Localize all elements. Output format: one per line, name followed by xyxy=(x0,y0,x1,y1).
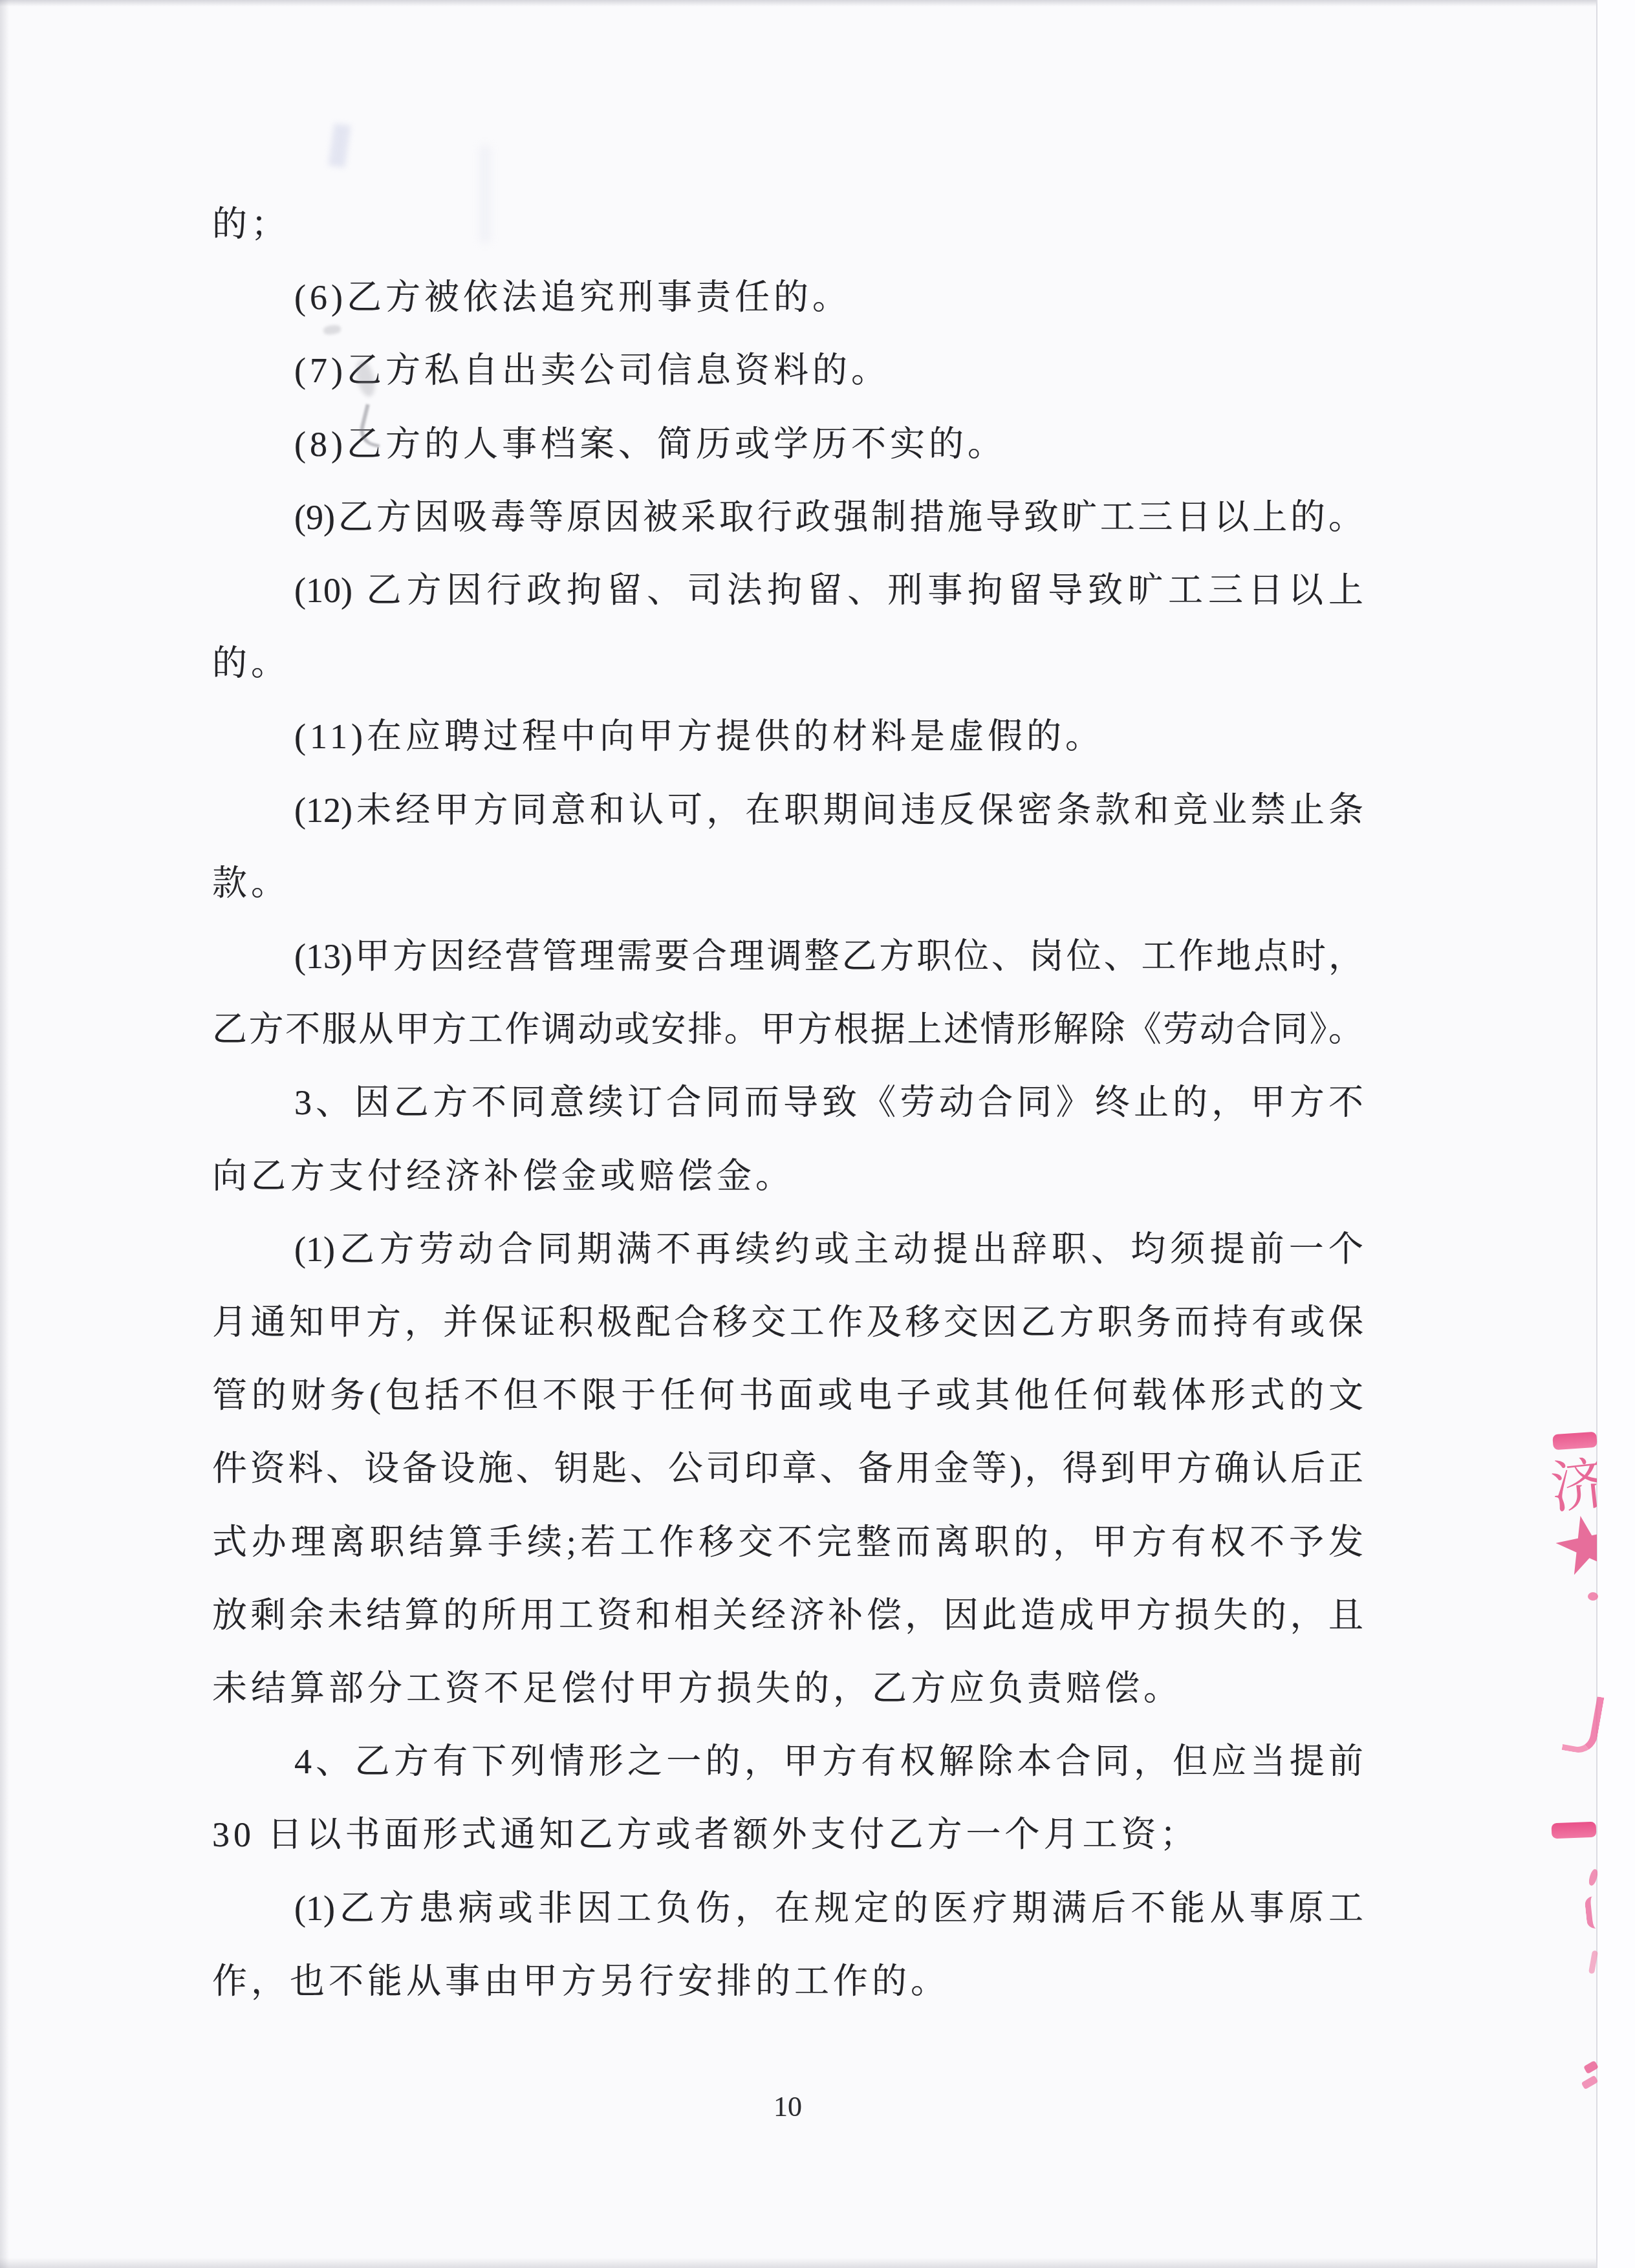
stamp-fragment-bar-top xyxy=(1552,1432,1597,1451)
text-line-16: 月通知甲方，并保证积极配合移交工作及移交因乙方职务而持有或保 xyxy=(212,1303,1363,1342)
scan-edge-left xyxy=(0,0,9,2268)
scan-smudge-1 xyxy=(329,124,351,168)
text-line-17: 管的财务(包括不但不限于任何书面或电子或其他任何载体形式的文 xyxy=(212,1376,1363,1415)
scan-margin-right xyxy=(1597,0,1635,2268)
text-line-15: (1)乙方劳动合同期满不再续约或主动提出辞职、均须提前一个 xyxy=(212,1230,1363,1269)
text-line-13: 3、因乙方不同意续订合同而导致《劳动合同》终止的，甲方不 xyxy=(212,1083,1363,1122)
page-number: 10 xyxy=(212,2090,1363,2123)
text-line-25: 作，也不能从事由甲方另行安排的工作的。 xyxy=(212,1962,1363,2001)
text-line-23: 30 日以书面形式通知乙方或者额外支付乙方一个月工资； xyxy=(212,1815,1363,1854)
scan-edge-top xyxy=(0,0,1635,6)
stamp-character-glyph: 济 xyxy=(1551,1458,1597,1517)
text-line-1: 的； xyxy=(212,205,1363,244)
stamp-star-glyph: ★ xyxy=(1550,1513,1597,1586)
text-line-9: (12)未经甲方同意和认可，在职期间违反保密条款和竞业禁止条 xyxy=(212,791,1363,830)
text-line-14: 向乙方支付经济补偿金或赔偿金。 xyxy=(212,1157,1363,1196)
text-line-11: (13)甲方因经营管理需要合理调整乙方职位、岗位、工作地点时， xyxy=(212,937,1363,976)
text-line-10: 款。 xyxy=(212,864,1363,903)
text-line-12: 乙方不服从甲方工作调动或安排。甲方根据上述情形解除《劳动合同》。 xyxy=(212,1010,1363,1049)
text-line-4: (8)乙方的人事档案、简历或学历不实的。 xyxy=(212,425,1363,464)
text-line-22: 4、乙方有下列情形之一的，甲方有权解除本合同，但应当提前 xyxy=(212,1742,1363,1781)
text-line-18: 件资料、设备设施、钥匙、公司印章、备用金等)，得到甲方确认后正 xyxy=(212,1449,1363,1488)
stamp-fragment-star: ★ xyxy=(1550,1513,1597,1586)
paper-right-edge xyxy=(1596,0,1597,2268)
text-line-24: (1)乙方患病或非因工负伤，在规定的医疗期满后不能从事原工 xyxy=(212,1889,1363,1928)
text-line-6: (10) 乙方因行政拘留、司法拘留、刑事拘留导致旷工三日以上 xyxy=(212,571,1363,610)
text-line-7: 的。 xyxy=(212,644,1363,683)
text-line-2: (6)乙方被依法追究刑事责任的。 xyxy=(212,278,1363,317)
scan-edge-bottom xyxy=(0,2258,1635,2268)
text-line-3: (7)乙方私自出卖公司信息资料的。 xyxy=(212,351,1363,390)
scanned-contract-page: 的；(6)乙方被依法追究刑事责任的。(7)乙方私自出卖公司信息资料的。(8)乙方… xyxy=(0,0,1635,2268)
stamp-fragment-character: 济 xyxy=(1551,1458,1597,1517)
text-line-5: (9)乙方因吸毒等原因被采取行政强制措施导致旷工三日以上的。 xyxy=(212,498,1363,537)
scan-smudge-3 xyxy=(323,324,341,336)
text-line-20: 放剩余未结算的所用工资和相关经济补偿，因此造成甲方损失的，且 xyxy=(212,1596,1363,1635)
text-line-21: 未结算部分工资不足偿付甲方损失的，乙方应负责赔偿。 xyxy=(212,1669,1363,1708)
text-line-8: (11)在应聘过程中向甲方提供的材料是虚假的。 xyxy=(212,717,1363,756)
stamp-fragment-bar-bottom xyxy=(1552,1822,1597,1839)
text-line-19: 式办理离职结算手续;若工作移交不完整而离职的，甲方有权不予发 xyxy=(212,1523,1363,1562)
